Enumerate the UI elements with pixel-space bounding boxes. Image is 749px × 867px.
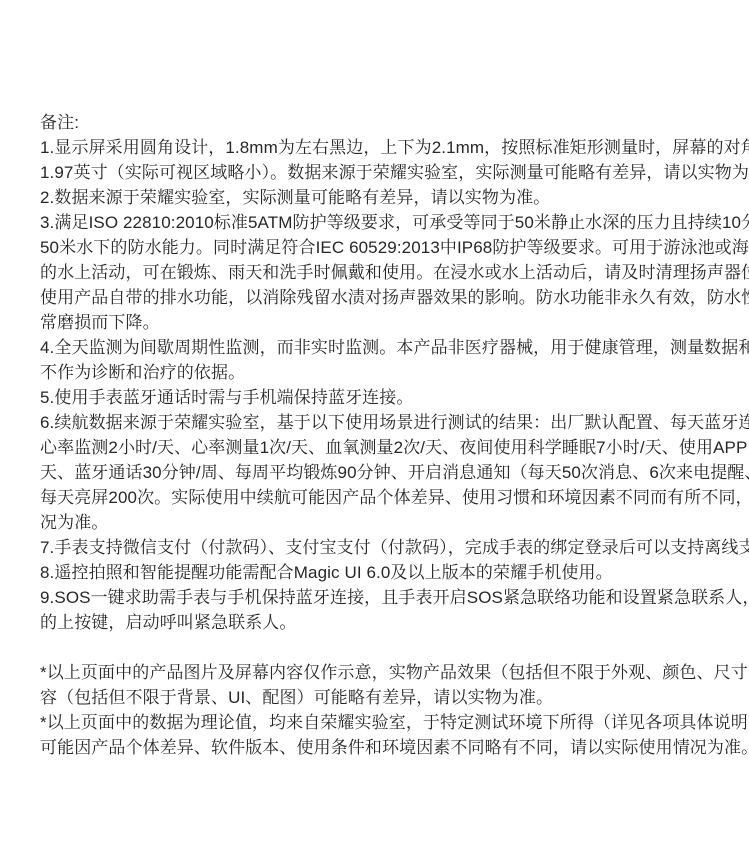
note-item-4: 4.全天监测为间歇周期性监测，而非实时监测。本产品非医疗器械，用于健康管理，测量…: [40, 335, 713, 385]
note-line: 心率监测2小时/天、心率测量1次/天、血氧测量2次/天、夜间使用科学睡眠7小时/…: [40, 435, 713, 460]
note-line: 的水上活动，可在锻炼、雨天和洗手时佩戴和使用。在浸水或水上活动后，请及时清理扬声…: [40, 260, 713, 285]
product-notes-page: 备注: 1.显示屏采用圆角设计，1.8mm为左右黑边，上下为2.1mm，按照标准…: [0, 0, 749, 867]
notes-section: 备注: 1.显示屏采用圆角设计，1.8mm为左右黑边，上下为2.1mm，按照标准…: [40, 110, 713, 635]
note-item-3: 3.满足ISO 22810:2010标准5ATM防护等级要求，可承受等同于50米…: [40, 210, 713, 335]
note-line: 9.SOS一键求助需手表与手机保持蓝牙连接，且手表开启SOS紧急联络功能和设置紧…: [40, 585, 713, 610]
note-line: 不作为诊断和治疗的依据。: [40, 360, 713, 385]
note-line: 8.遥控拍照和智能提醒功能需配合Magic UI 6.0及以上版本的荣耀手机使用…: [40, 560, 713, 585]
note-item-7: 7.手表支持微信支付（付款码）、支付宝支付（付款码），完成手表的绑定登录后可以支…: [40, 535, 713, 560]
note-line: 的上按键，启动呼叫紧急联系人。: [40, 610, 713, 635]
notes-title: 备注:: [40, 110, 713, 135]
note-line: 4.全天监测为间歇周期性监测，而非实时监测。本产品非医疗器械，用于健康管理，测量…: [40, 335, 713, 360]
note-line: 每天亮屏200次。实际使用中续航可能因产品个体差异、使用习惯和环境因素不同而有所…: [40, 485, 713, 510]
note-line: 50米水下的防水能力。同时满足符合IEC 60529:2013中IP68防护等级…: [40, 235, 713, 260]
note-line: 7.手表支持微信支付（付款码）、支付宝支付（付款码），完成手表的绑定登录后可以支…: [40, 535, 713, 560]
disclaimer-line: *以上页面中的产品图片及屏幕内容仅作示意，实物产品效果（包括但不限于外观、颜色、…: [40, 660, 713, 685]
note-item-1: 1.显示屏采用圆角设计，1.8mm为左右黑边，上下为2.1mm，按照标准矩形测量…: [40, 135, 713, 185]
note-line: 天、蓝牙通话30分钟/周、每周平均锻炼90分钟、开启消息通知（每天50次消息、6…: [40, 460, 713, 485]
disclaimer-item-1: *以上页面中的产品图片及屏幕内容仅作示意，实物产品效果（包括但不限于外观、颜色、…: [40, 660, 713, 710]
note-item-2: 2.数据来源于荣耀实验室，实际测量可能略有差异，请以实物为准。: [40, 185, 713, 210]
note-line: 况为准。: [40, 510, 713, 535]
note-item-5: 5.使用手表蓝牙通话时需与手机端保持蓝牙连接。: [40, 385, 713, 410]
disclaimer-line: 可能因产品个体差异、软件版本、使用条件和环境因素不同略有不同，请以实际使用情况为…: [40, 735, 713, 760]
disclaimer-item-2: *以上页面中的数据为理论值，均来自荣耀实验室，于特定测试环境下所得（详见各项具体…: [40, 710, 713, 760]
note-item-9: 9.SOS一键求助需手表与手机保持蓝牙连接，且手表开启SOS紧急联络功能和设置紧…: [40, 585, 713, 635]
note-item-8: 8.遥控拍照和智能提醒功能需配合Magic UI 6.0及以上版本的荣耀手机使用…: [40, 560, 713, 585]
disclaimer-line: 容（包括但不限于背景、UI、配图）可能略有差异，请以实物为准。: [40, 685, 713, 710]
note-line: 使用产品自带的排水功能，以消除残留水渍对扬声器效果的影响。防水功能非永久有效，防…: [40, 285, 713, 310]
note-line: 1.97英寸（实际可视区域略小）。数据来源于荣耀实验室，实际测量可能略有差异，请…: [40, 160, 713, 185]
disclaimer-line: *以上页面中的数据为理论值，均来自荣耀实验室，于特定测试环境下所得（详见各项具体…: [40, 710, 713, 735]
note-item-6: 6.续航数据来源于荣耀实验室，基于以下使用场景进行测试的结果：出厂默认配置、每天…: [40, 410, 713, 535]
disclaimers-section: *以上页面中的产品图片及屏幕内容仅作示意，实物产品效果（包括但不限于外观、颜色、…: [40, 660, 713, 760]
note-line: 常磨损而下降。: [40, 310, 713, 335]
note-line: 6.续航数据来源于荣耀实验室，基于以下使用场景进行测试的结果：出厂默认配置、每天…: [40, 410, 713, 435]
note-line: 2.数据来源于荣耀实验室，实际测量可能略有差异，请以实物为准。: [40, 185, 713, 210]
note-line: 1.显示屏采用圆角设计，1.8mm为左右黑边，上下为2.1mm，按照标准矩形测量…: [40, 135, 713, 160]
note-line: 3.满足ISO 22810:2010标准5ATM防护等级要求，可承受等同于50米…: [40, 210, 713, 235]
note-line: 5.使用手表蓝牙通话时需与手机端保持蓝牙连接。: [40, 385, 713, 410]
